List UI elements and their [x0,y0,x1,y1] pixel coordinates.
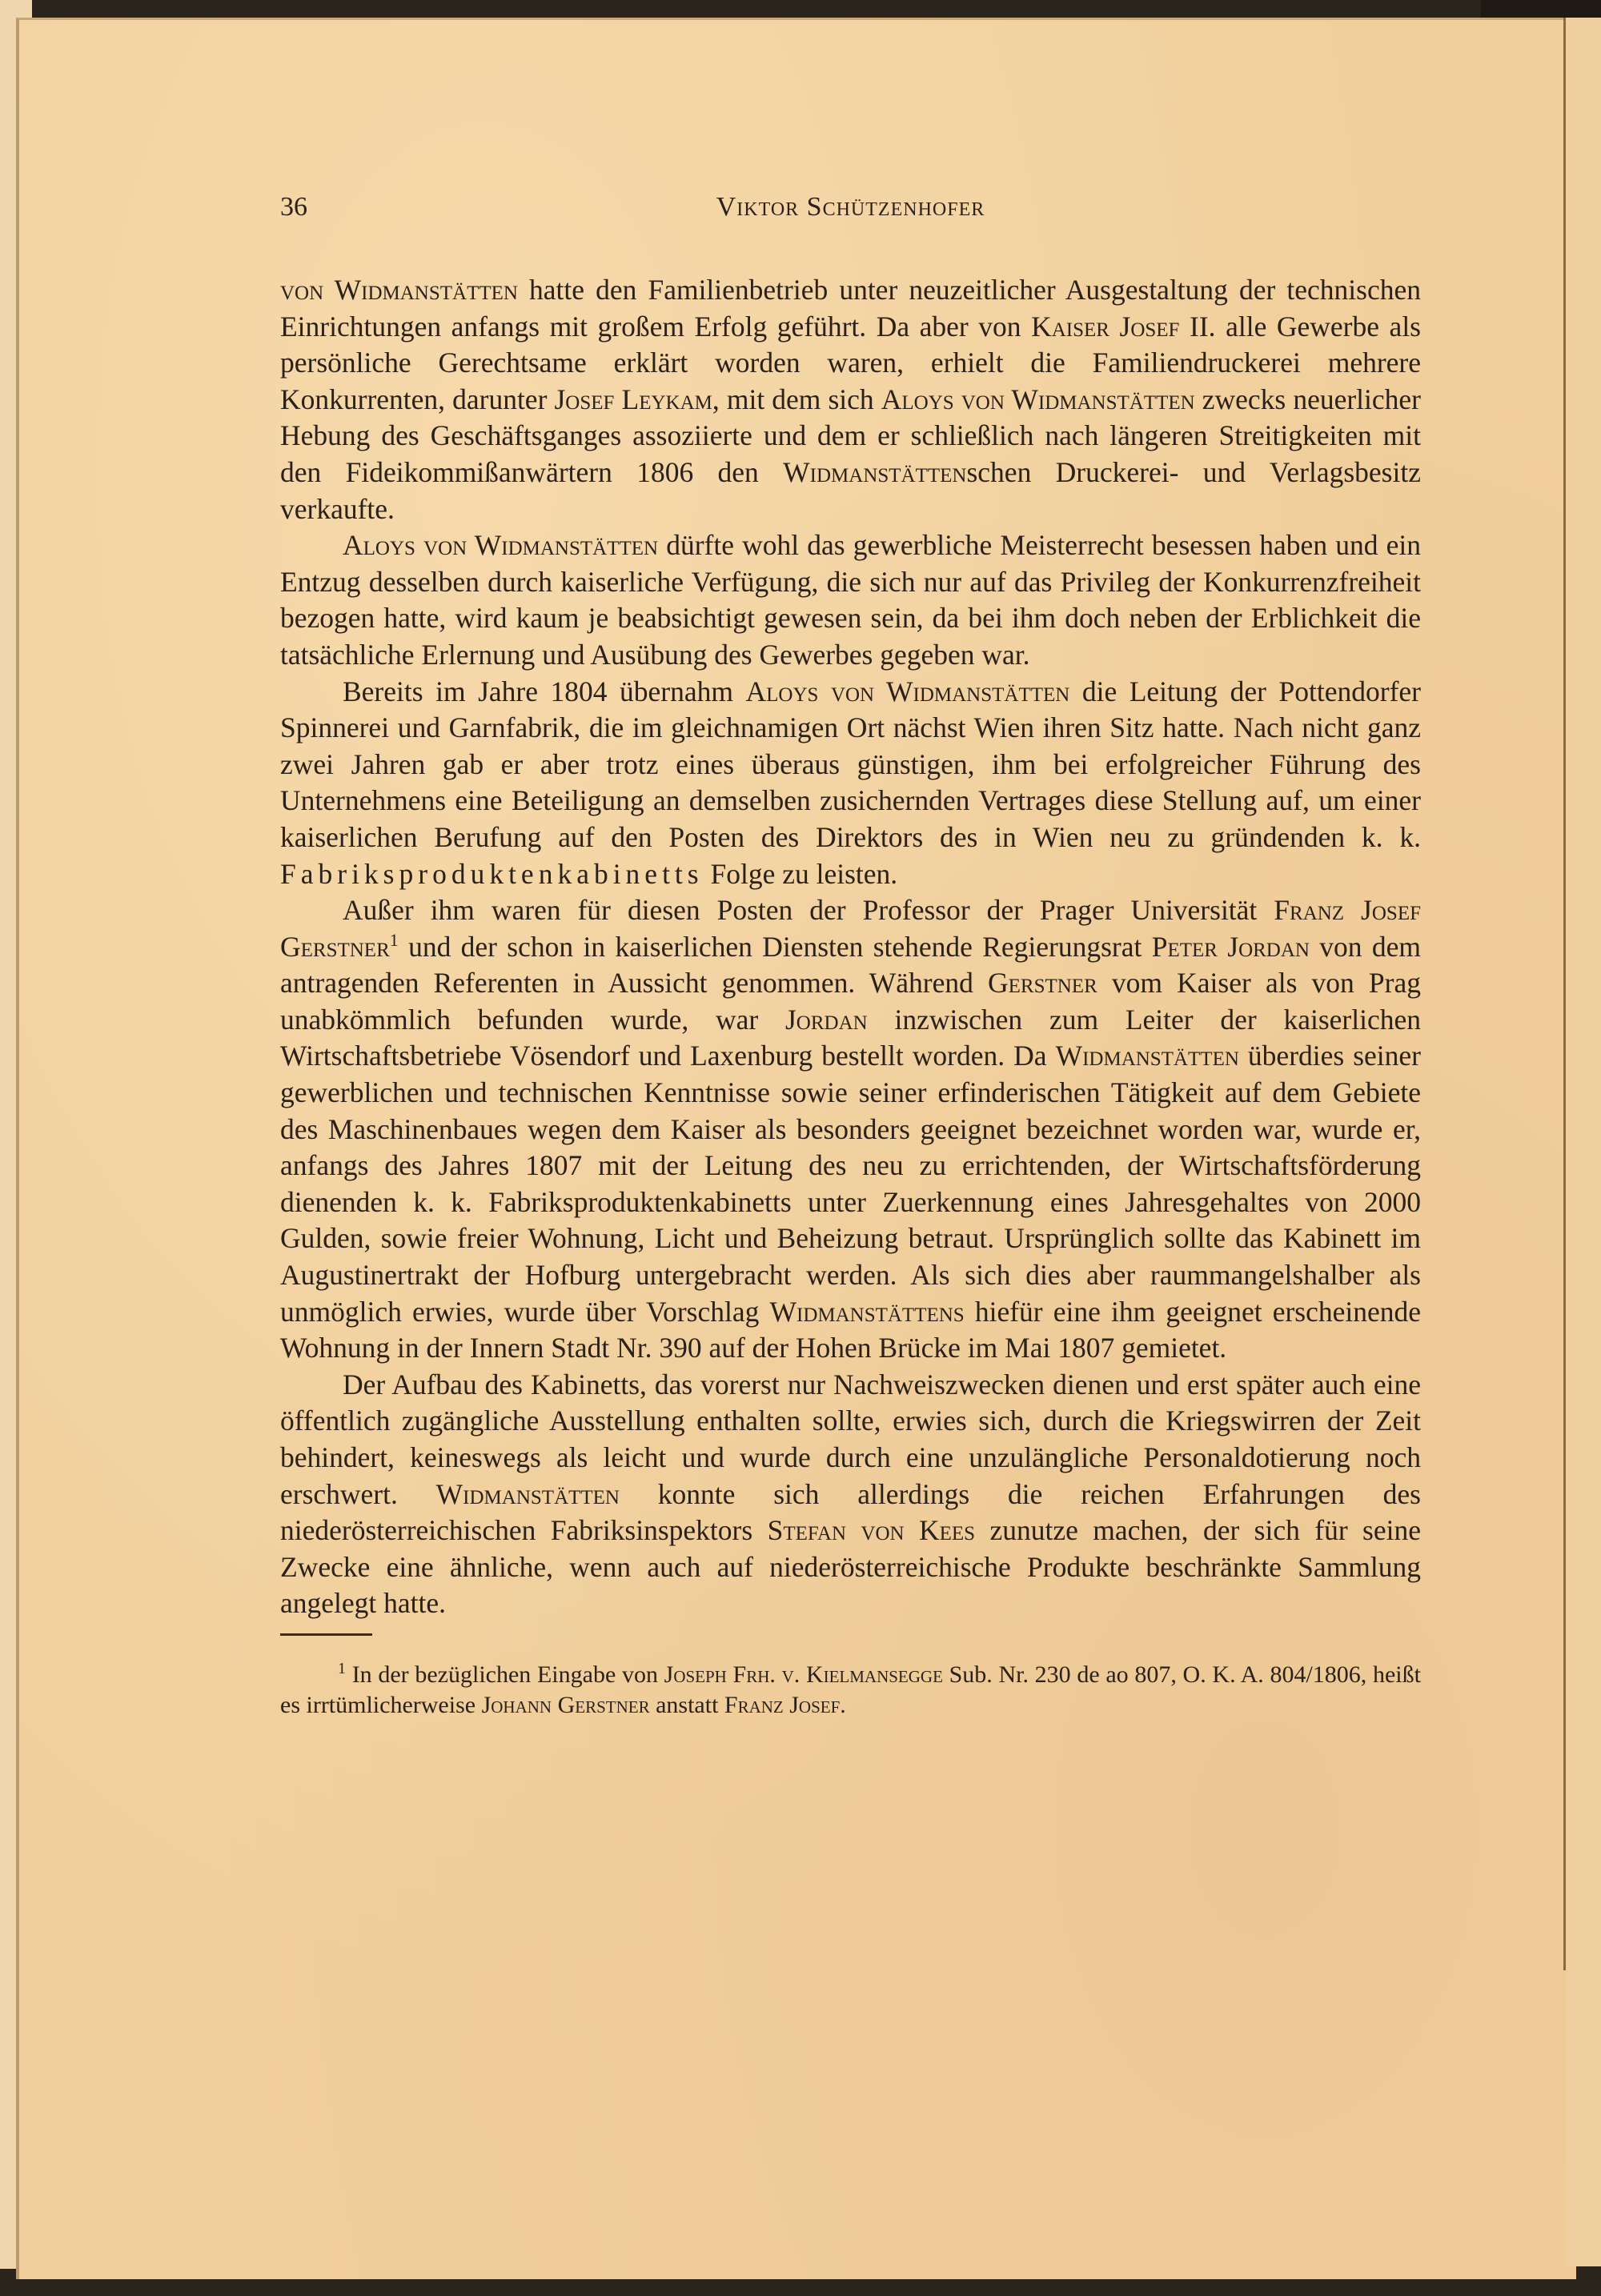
adjacent-page-edge [1566,18,1601,2266]
footnote: 1 In der bezüglichen Eingabe von Joseph … [280,1660,1421,1721]
text-run: und der schon in kaiserlichen Diensten s… [399,931,1152,963]
person-name: Jordan [785,1004,868,1036]
text-run: Außer ihm waren für diesen Posten der Pr… [343,894,1274,926]
person-name: Aloys von Widmanstätten [343,529,658,561]
paragraph: Außer ihm waren für diesen Posten der Pr… [280,892,1421,1367]
scan-background-top [1481,0,1601,18]
paragraph: Bereits im Jahre 1804 übernahm Aloys von… [280,674,1421,893]
text-run: anstatt [650,1692,724,1718]
person-name: Kaiser Josef [1031,311,1179,343]
running-head: 36 Viktor Schützenhofer [280,184,1421,232]
person-name: Widmanstättens [769,1296,964,1328]
person-name: Widmanstätten [783,456,966,488]
scan-background-bottom [0,2279,1601,2296]
person-name: Widmanstätten [1056,1040,1239,1072]
person-name: Widmanstätten [436,1478,620,1510]
page-fold-line [1563,18,1566,1970]
footnote-marker: 1 [338,1660,346,1677]
person-name: Josef Leykam [554,383,712,415]
text-run: , mit dem sich [712,383,881,415]
person-name: Peter Jordan [1152,931,1310,963]
person-name: Aloys von Widmanstätten [881,383,1195,415]
person-name: Aloys von Widmanstätten [746,675,1070,707]
text-run: Bereits im Jahre 1804 übernahm [343,675,746,707]
paragraph: Aloys von Widmanstätten dürfte wohl das … [280,527,1421,673]
person-name: Johann Gerstner [482,1692,650,1718]
footnote-divider [280,1633,372,1636]
text-run: überdies seiner gewerblichen und technis… [280,1040,1421,1327]
footnote-text: In der bezüglichen Eingabe von Joseph Fr… [280,1661,1421,1718]
emphasized-term: Fabriks­produktenkabinetts [280,858,704,890]
page-content: 36 Viktor Schützenhofer von Widmanstätte… [280,184,1421,1745]
text-run: Folge zu leisten. [704,858,898,890]
paragraph: von Widmanstätten hatte den Familienbetr… [280,272,1421,527]
text-run: In der bezüglichen Eingabe von [346,1661,664,1688]
person-name: von Widmanstätten [280,274,518,306]
person-name: Stefan von Kees [768,1514,976,1546]
person-name: Franz Josef [724,1692,840,1718]
footnote-reference[interactable]: 1 [390,930,399,950]
text-run: . [840,1692,846,1718]
person-name: Joseph Frh. v. Kielmansegge [664,1661,943,1688]
running-title: Viktor Schützenhofer [280,192,1421,222]
paragraph: Der Aufbau des Kabinetts, das vorerst nu… [280,1367,1421,1622]
body-text: von Widmanstätten hatte den Familienbetr… [280,272,1421,1622]
person-name: Gerstner [988,967,1097,999]
